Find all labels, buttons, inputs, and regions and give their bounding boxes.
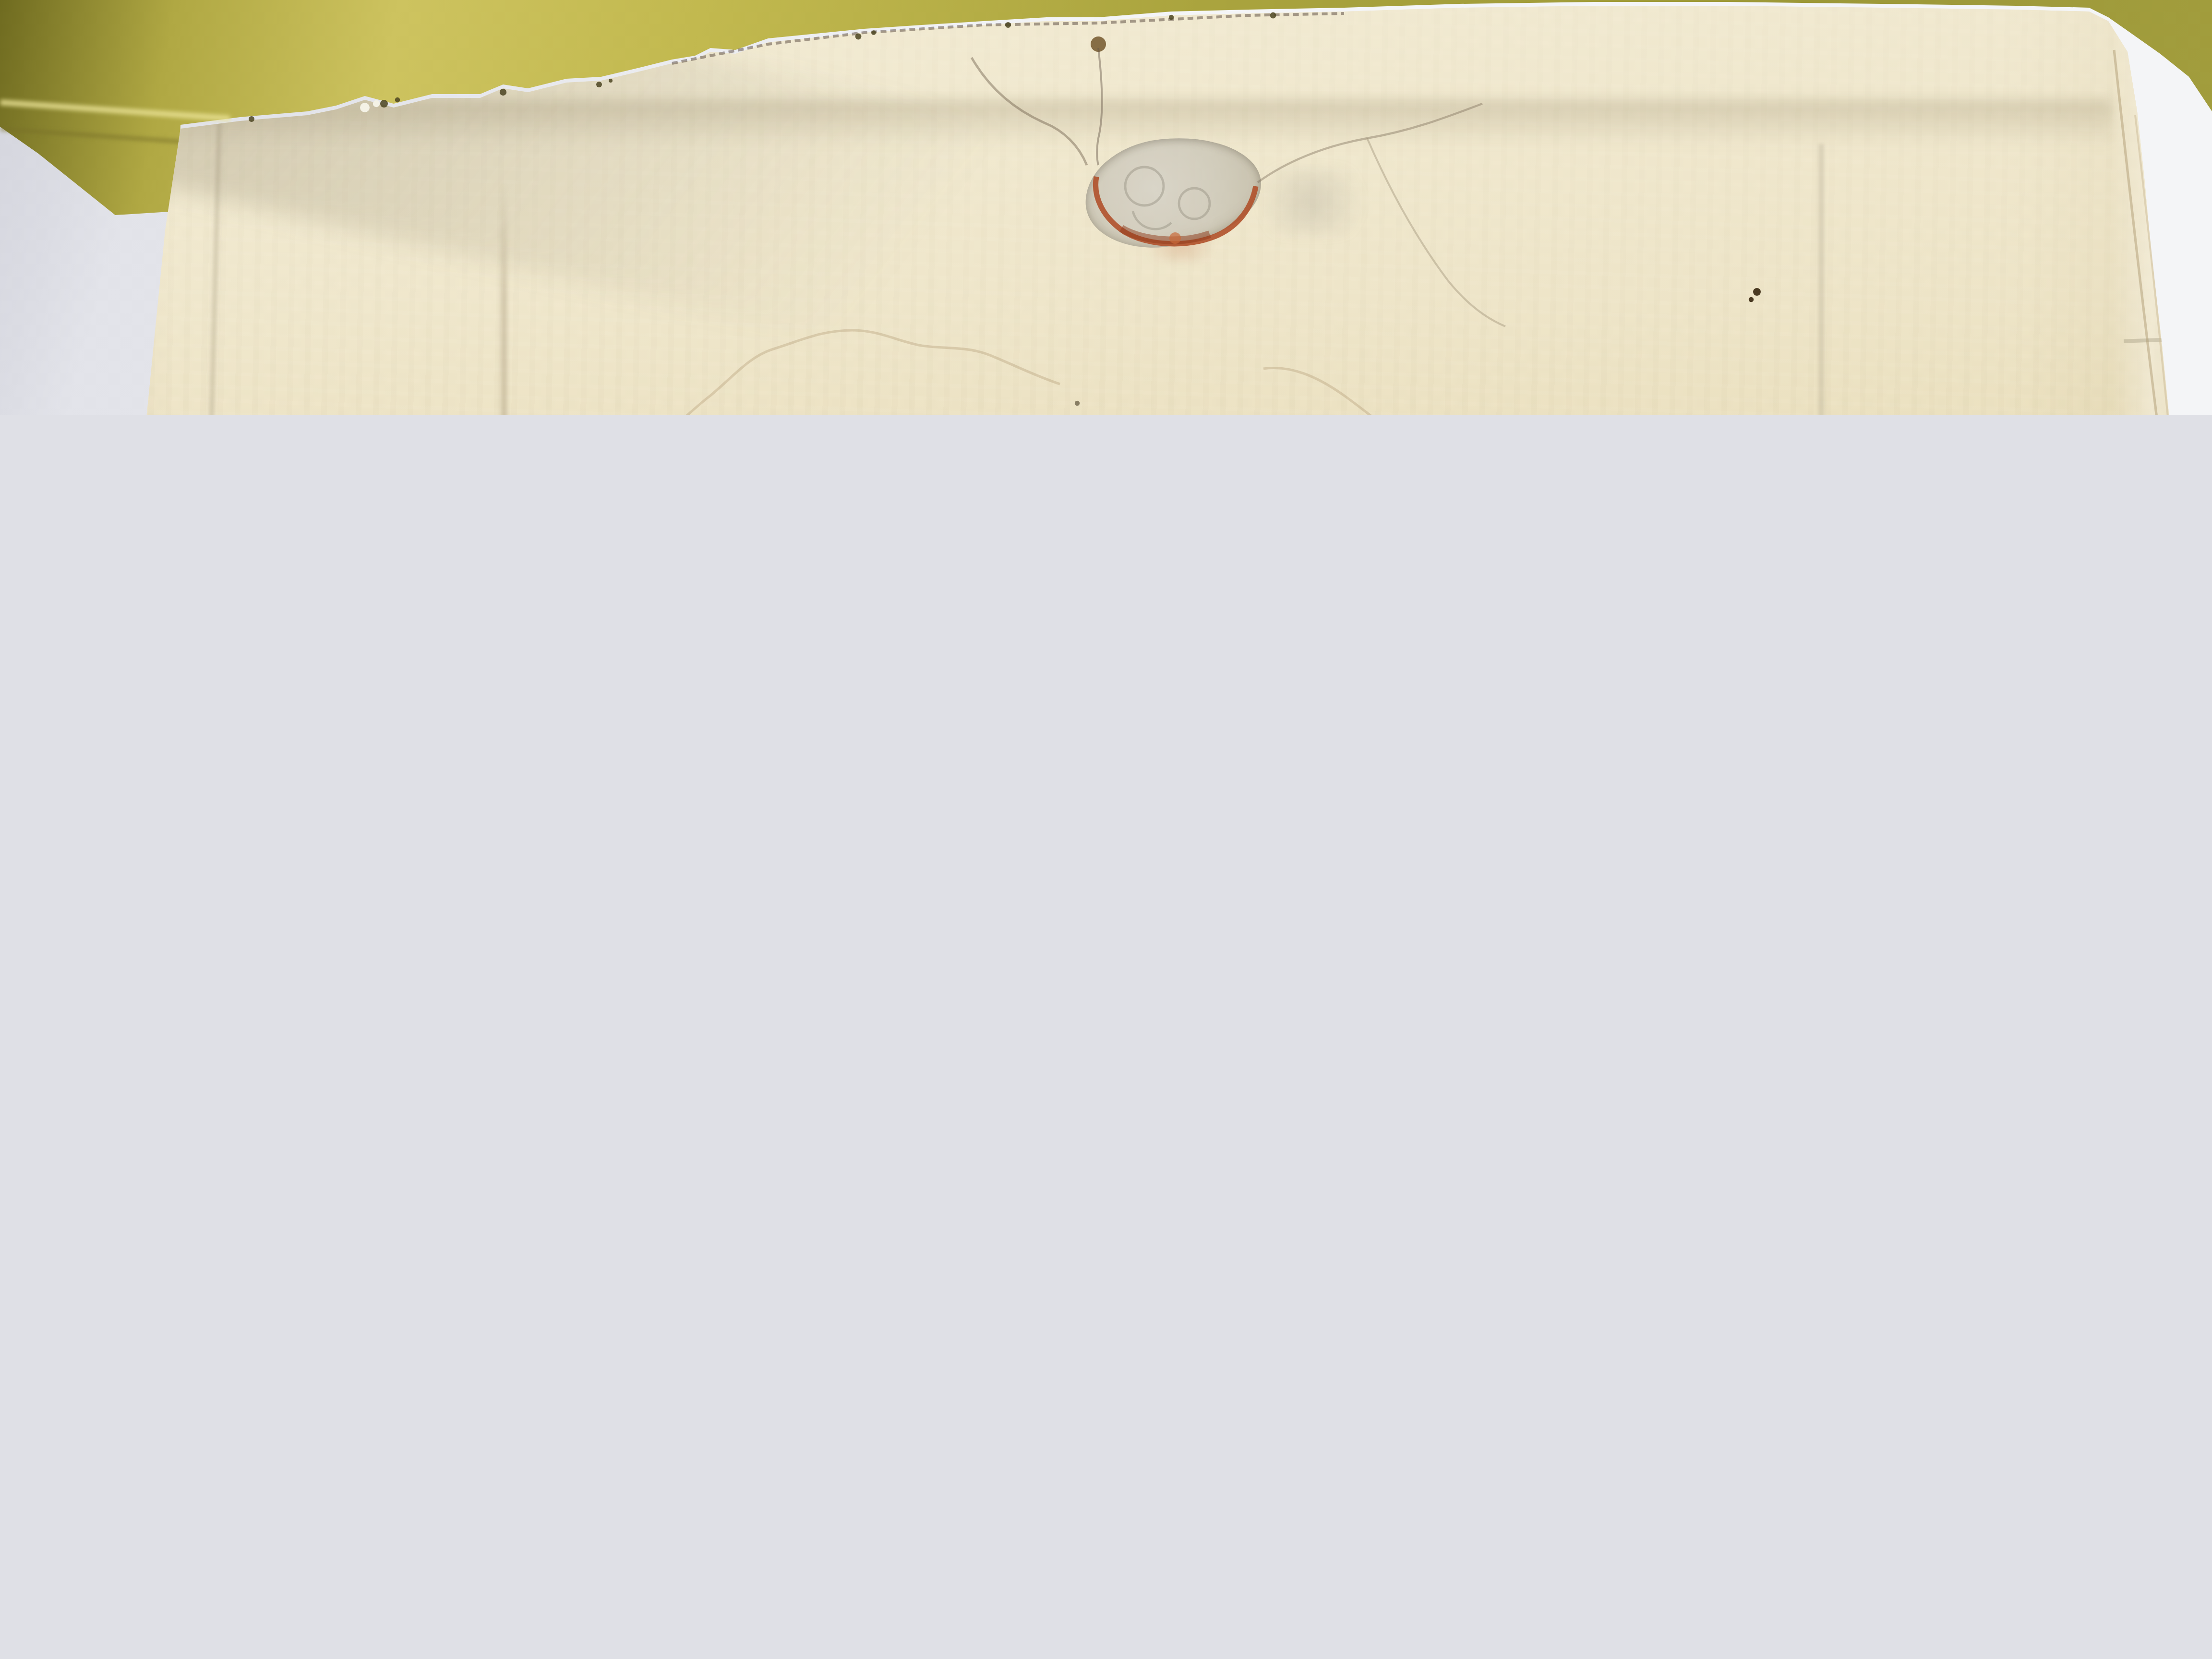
archive-photo-letter-wrapper: Manchester Messrs Thos & Wm Batemans Mr … — [0, 0, 2212, 415]
photo-vignette — [0, 0, 2212, 415]
